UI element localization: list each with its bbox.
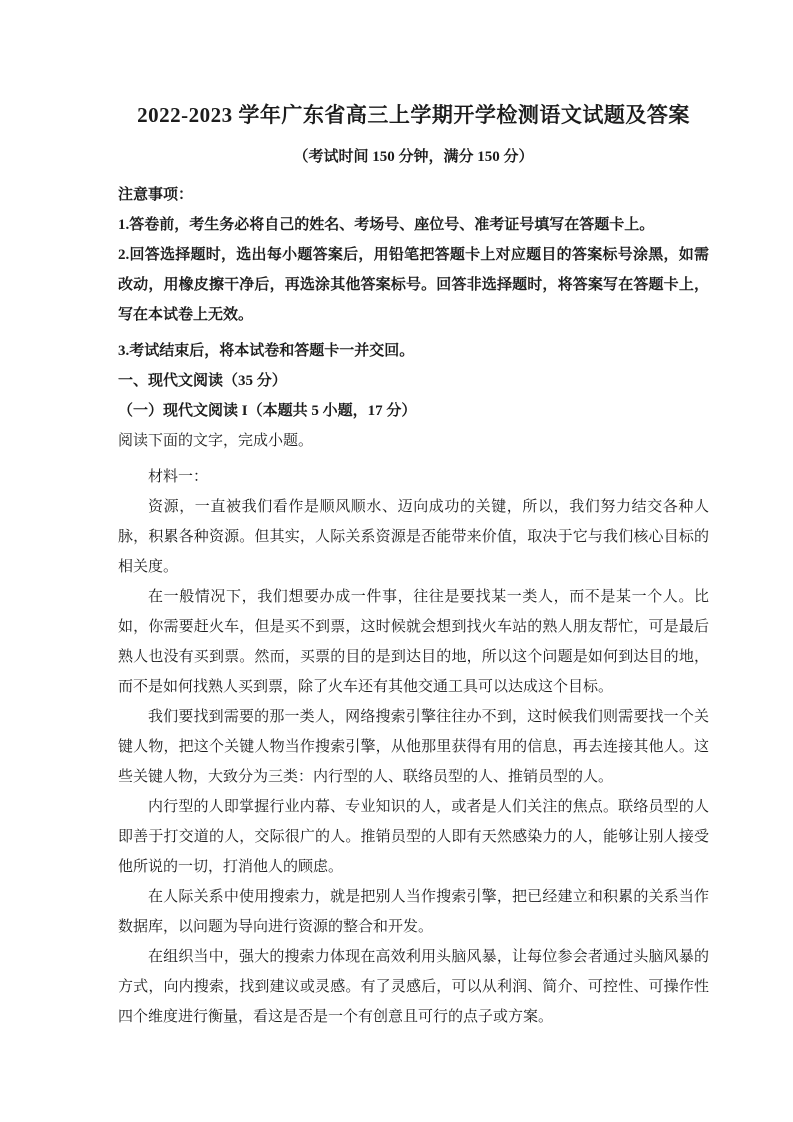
reading-instruction: 阅读下面的文字，完成小题。 — [118, 426, 709, 456]
material-paragraph-6: 在组织当中，强大的搜索力体现在高效利用头脑风暴，让每位参会者通过头脑风暴的方式，… — [118, 942, 709, 1032]
material-paragraph-2: 在一般情况下，我们想要办成一件事，往往是要找某一类人，而不是某一个人。比如，你需… — [118, 582, 709, 702]
exam-info: （考试时间 150 分钟，满分 150 分） — [118, 142, 709, 172]
notice-item-2: 2.回答选择题时，选出每小题答案后，用铅笔把答题卡上对应题目的答案标号涂黑，如需… — [118, 240, 709, 330]
material-paragraph-4: 内行型的人即掌握行业内幕、专业知识的人，或者是人们关注的焦点。联络员型的人即善于… — [118, 792, 709, 882]
page-title: 2022-2023 学年广东省高三上学期开学检测语文试题及答案 — [118, 100, 709, 130]
section-heading-modern-reading: 一、现代文阅读（35 分） — [118, 366, 709, 396]
notice-item-3: 3.考试结束后，将本试卷和答题卡一并交回。 — [118, 336, 709, 366]
material-paragraph-5: 在人际关系中使用搜索力，就是把别人当作搜索引擎，把已经建立和积累的关系当作数据库… — [118, 882, 709, 942]
material-label: 材料一： — [118, 462, 709, 492]
material-paragraph-1: 资源，一直被我们看作是顺风顺水、迈向成功的关键，所以，我们努力结交各种人脉，积累… — [118, 492, 709, 582]
material-paragraph-3: 我们要找到需要的那一类人，网络搜索引擎往往办不到，这时候我们则需要找一个关键人物… — [118, 702, 709, 792]
subsection-heading-reading-1: （一）现代文阅读 I（本题共 5 小题，17 分） — [118, 396, 709, 426]
notice-item-1: 1.答卷前，考生务必将自己的姓名、考场号、座位号、准考证号填写在答题卡上。 — [118, 210, 709, 240]
notice-heading: 注意事项： — [118, 180, 709, 210]
document-page: 2022-2023 学年广东省高三上学期开学检测语文试题及答案 （考试时间 15… — [0, 0, 793, 1122]
